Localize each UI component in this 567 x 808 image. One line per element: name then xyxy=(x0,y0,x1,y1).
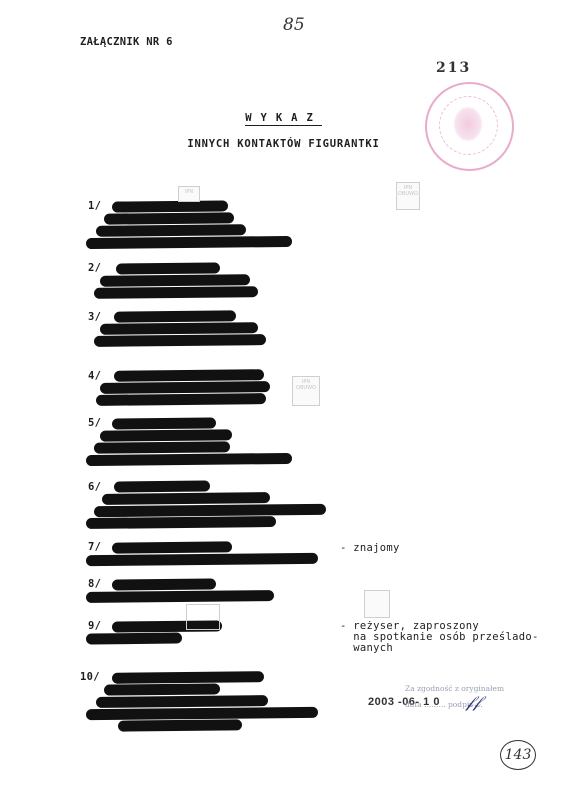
certification-text: Za zgodność z oryginałem xyxy=(405,684,504,693)
entry-note-9: - reżyser, zaproszony na spotkanie osób … xyxy=(340,621,539,654)
entry-number: 7/ xyxy=(88,541,101,553)
entry-number: 9/ xyxy=(88,620,101,632)
ipn-archive-stamp-icon: IPN xyxy=(178,186,200,202)
entry-number: 8/ xyxy=(88,578,101,590)
ipn-archive-stamp-icon xyxy=(364,590,390,618)
ipn-archive-stamp-icon: IPNOBUWO xyxy=(292,376,320,406)
entry-number: 10/ xyxy=(80,671,100,683)
ipn-archive-stamp-icon: IPNOBUWO xyxy=(396,182,420,210)
official-stamp-icon xyxy=(425,82,514,171)
document-title: WYKAZ xyxy=(0,112,567,124)
entry-number: 3/ xyxy=(88,311,101,323)
entry-note-7: - znajomy xyxy=(340,543,400,554)
handwritten-page-number: 85 xyxy=(283,15,305,35)
document-subtitle: INNYCH KONTAKTÓW FIGURANTKI xyxy=(0,138,567,150)
signature-icon: 𝒻𝒻 xyxy=(466,692,480,712)
archive-number: 213 xyxy=(436,60,471,76)
sheet-number: 143 xyxy=(500,740,536,770)
entry-number: 1/ xyxy=(88,200,101,212)
attachment-label: ZAŁĄCZNIK NR 6 xyxy=(80,36,173,48)
entry-number: 5/ xyxy=(88,417,101,429)
entry-number: 2/ xyxy=(88,262,101,274)
entry-number: 4/ xyxy=(88,370,101,382)
ipn-archive-stamp-icon xyxy=(186,604,220,630)
entry-number: 6/ xyxy=(88,481,101,493)
